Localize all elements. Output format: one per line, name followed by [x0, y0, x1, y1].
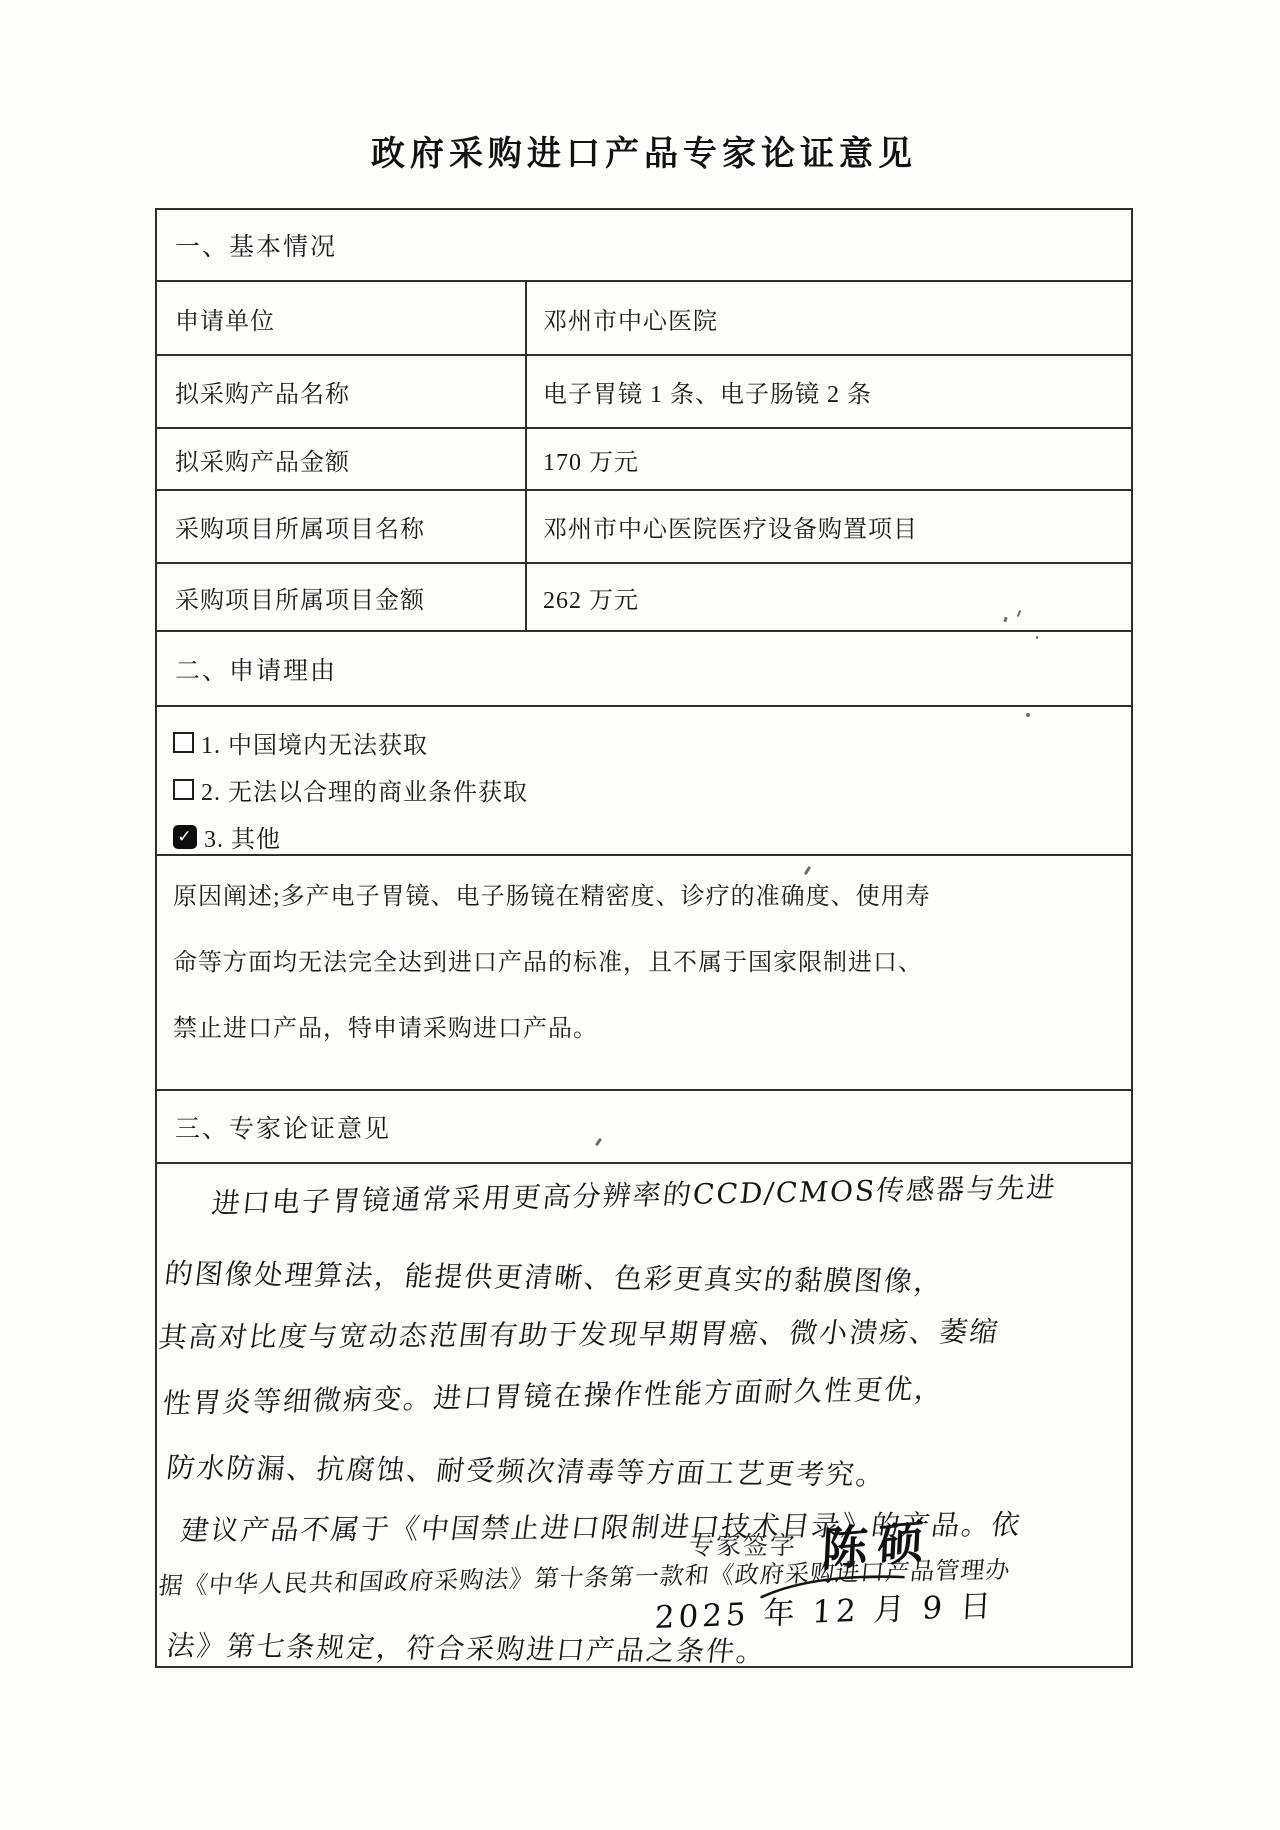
reason-statement-cell: 原因阐述;多产电子胃镜、电子肠镜在精密度、诊疗的准确度、使用寿 命等方面均无法完… [157, 854, 1131, 1089]
table-row: 拟采购产品名称 电子胃镜 1 条、电子肠镜 2 条 [157, 354, 1131, 427]
scan-artifact [1026, 713, 1030, 717]
section1-header: 一、基本情况 [157, 210, 1131, 280]
reason-option-2-label: 2. 无法以合理的商业条件获取 [201, 772, 528, 807]
handwriting-line: 其高对比度与宽动态范围有助于发现早期胃癌、微小溃疡、萎缩 [157, 1310, 1002, 1356]
row-label-product-name: 拟采购产品名称 [157, 356, 527, 427]
table-row: 采购项目所属项目名称 邓州市中心医院医疗设备购置项目 [157, 489, 1131, 562]
row-value-product-name: 电子胃镜 1 条、电子肠镜 2 条 [527, 356, 1131, 427]
checkbox-unchecked-icon [173, 779, 194, 800]
table-row: 采购项目所属项目金额 262 万元 [157, 562, 1131, 630]
row-value-project-amount: 262 万元 [527, 564, 1131, 630]
row-label-applicant: 申请单位 [157, 282, 527, 354]
table-row: 申请单位 邓州市中心医院 [157, 280, 1131, 354]
section3-header: 三、专家论证意见 [157, 1089, 1131, 1162]
expert-opinion-cell: 进口电子胃镜通常采用更高分辨率的CCD/CMOS传感器与先进 的图像处理算法，能… [157, 1162, 1131, 1666]
scanned-document-page: 政府采购进口产品专家论证意见 一、基本情况 申请单位 邓州市中心医院 拟采购产品… [0, 0, 1280, 1830]
checkbox-checked-icon [173, 825, 197, 849]
reason-option-3: 3. 其他 [173, 813, 1131, 860]
row-label-product-amount: 拟采购产品金额 [157, 429, 527, 489]
statement-line: 禁止进口产品，特申请采购进口产品。 [173, 996, 1117, 1062]
handwriting-line: 进口电子胃镜通常采用更高分辨率的CCD/CMOS传感器与先进 [210, 1166, 1059, 1222]
reason-option-1: 1. 中国境内无法获取 [173, 719, 1131, 766]
row-label-project-amount: 采购项目所属项目金额 [157, 564, 527, 630]
row-value-project-name: 邓州市中心医院医疗设备购置项目 [527, 491, 1131, 562]
expert-signature-handwriting: 陈硕 [820, 1504, 935, 1580]
form-table: 一、基本情况 申请单位 邓州市中心医院 拟采购产品名称 电子胃镜 1 条、电子肠… [155, 208, 1133, 1668]
handwriting-line: 防水防漏、抗腐蚀、耐受频次清毒等方面工艺更考究。 [165, 1446, 889, 1494]
statement-line: 命等方面均无法完全达到进口产品的标准，且不属于国家限制进口、 [173, 930, 1117, 996]
document-title: 政府采购进口产品专家论证意见 [155, 126, 1133, 175]
row-label-project-name: 采购项目所属项目名称 [157, 491, 527, 562]
row-value-applicant: 邓州市中心医院 [527, 282, 1131, 354]
section2-header: 二、申请理由 [157, 630, 1131, 705]
reason-option-3-label: 3. 其他 [204, 819, 281, 854]
reason-options-cell: 1. 中国境内无法获取 2. 无法以合理的商业条件获取 3. 其他 [157, 705, 1131, 854]
handwriting-line: 的图像处理算法，能提供更清晰、色彩更真实的黏膜图像， [163, 1252, 947, 1300]
row-value-product-amount: 170 万元 [527, 429, 1131, 489]
expert-signature-label: 专家签字 [689, 1526, 797, 1562]
reason-option-1-label: 1. 中国境内无法获取 [201, 725, 428, 760]
scan-artifact [1036, 636, 1038, 639]
handwriting-line: 性胃炎等细微病变。进口胃镜在操作性能方面耐久性更优， [161, 1367, 947, 1422]
checkbox-unchecked-icon [173, 732, 194, 753]
reason-option-2: 2. 无法以合理的商业条件获取 [173, 766, 1131, 813]
table-row: 拟采购产品金额 170 万元 [157, 427, 1131, 489]
statement-line: 原因阐述;多产电子胃镜、电子肠镜在精密度、诊疗的准确度、使用寿 [173, 864, 1117, 930]
